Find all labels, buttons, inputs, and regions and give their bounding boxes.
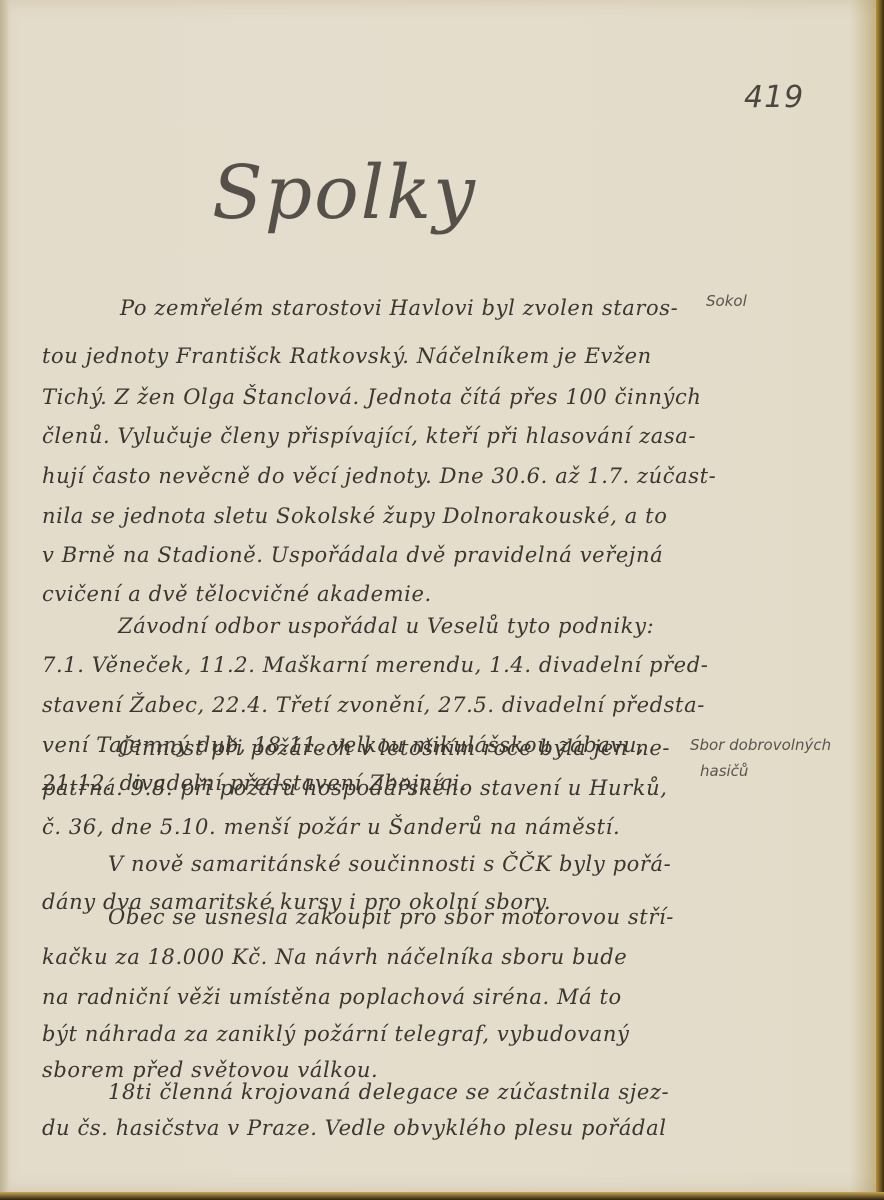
text-line: Po zemřelém starostovi Havlovi byl zvole…: [120, 296, 678, 320]
manuscript-page: 419 Spolky Po zemřelém starostovi Havlov…: [0, 0, 876, 1192]
margin-note-sbor: Sbor dobrovolných: [690, 736, 831, 754]
page-number: 419: [744, 80, 804, 115]
text-line: v Brně na Stadioně. Uspořádala dvě pravi…: [42, 543, 663, 567]
text-line: na radniční věži umístěna poplachová sir…: [42, 985, 622, 1009]
text-line: nila se jednota sletu Sokolské župy Doln…: [42, 504, 667, 528]
page-binding: [0, 0, 8, 1192]
text-line: tou jednoty Františck Ratkovský. Náčelní…: [42, 344, 652, 368]
text-line: hují často nevěcně do věcí jednoty. Dne …: [42, 464, 716, 488]
text-line: patrná. 9.8. při požáru hospodářského st…: [42, 776, 668, 800]
text-line: členů. Vylučuje členy přispívající, kteř…: [42, 424, 696, 448]
text-line: sborem před světovou válkou.: [42, 1058, 378, 1082]
text-line: V nově samaritánské součinnosti s ČČK by…: [108, 852, 671, 876]
book-edge-right: [876, 0, 884, 1200]
page-title: Spolky: [212, 150, 477, 236]
text-line: Tichý. Z žen Olga Štanclová. Jednota čít…: [42, 385, 702, 409]
text-line: stavení Žabec, 22.4. Třetí zvonění, 27.5…: [42, 693, 705, 717]
text-line: kačku za 18.000 Kč. Na návrh náčelníka s…: [42, 945, 627, 969]
text-line: Obec se usnesla zakoupit pro sbor motoro…: [108, 905, 674, 929]
text-line: Závodní odbor uspořádal u Veselů tyto po…: [118, 614, 654, 638]
margin-note-sokol: Sokol: [706, 292, 747, 310]
text-line: du čs. hasičstva v Praze. Vedle obvykléh…: [42, 1116, 667, 1140]
text-line: být náhrada za zaniklý požární telegraf,…: [42, 1022, 629, 1046]
text-line: Činnost při požárech v letošním roce byl…: [118, 736, 670, 760]
book-edge-bottom: [0, 1192, 884, 1200]
text-line: cvičení a dvě tělocvičné akademie.: [42, 582, 432, 606]
margin-note-hasicu: hasičů: [700, 762, 748, 780]
text-line: č. 36, dne 5.10. menší požár u Šanderů n…: [42, 815, 620, 839]
text-line: 7.1. Věneček, 11.2. Maškarní merendu, 1.…: [42, 653, 708, 677]
text-line: 18ti členná krojovaná delegace se zúčast…: [108, 1080, 669, 1104]
